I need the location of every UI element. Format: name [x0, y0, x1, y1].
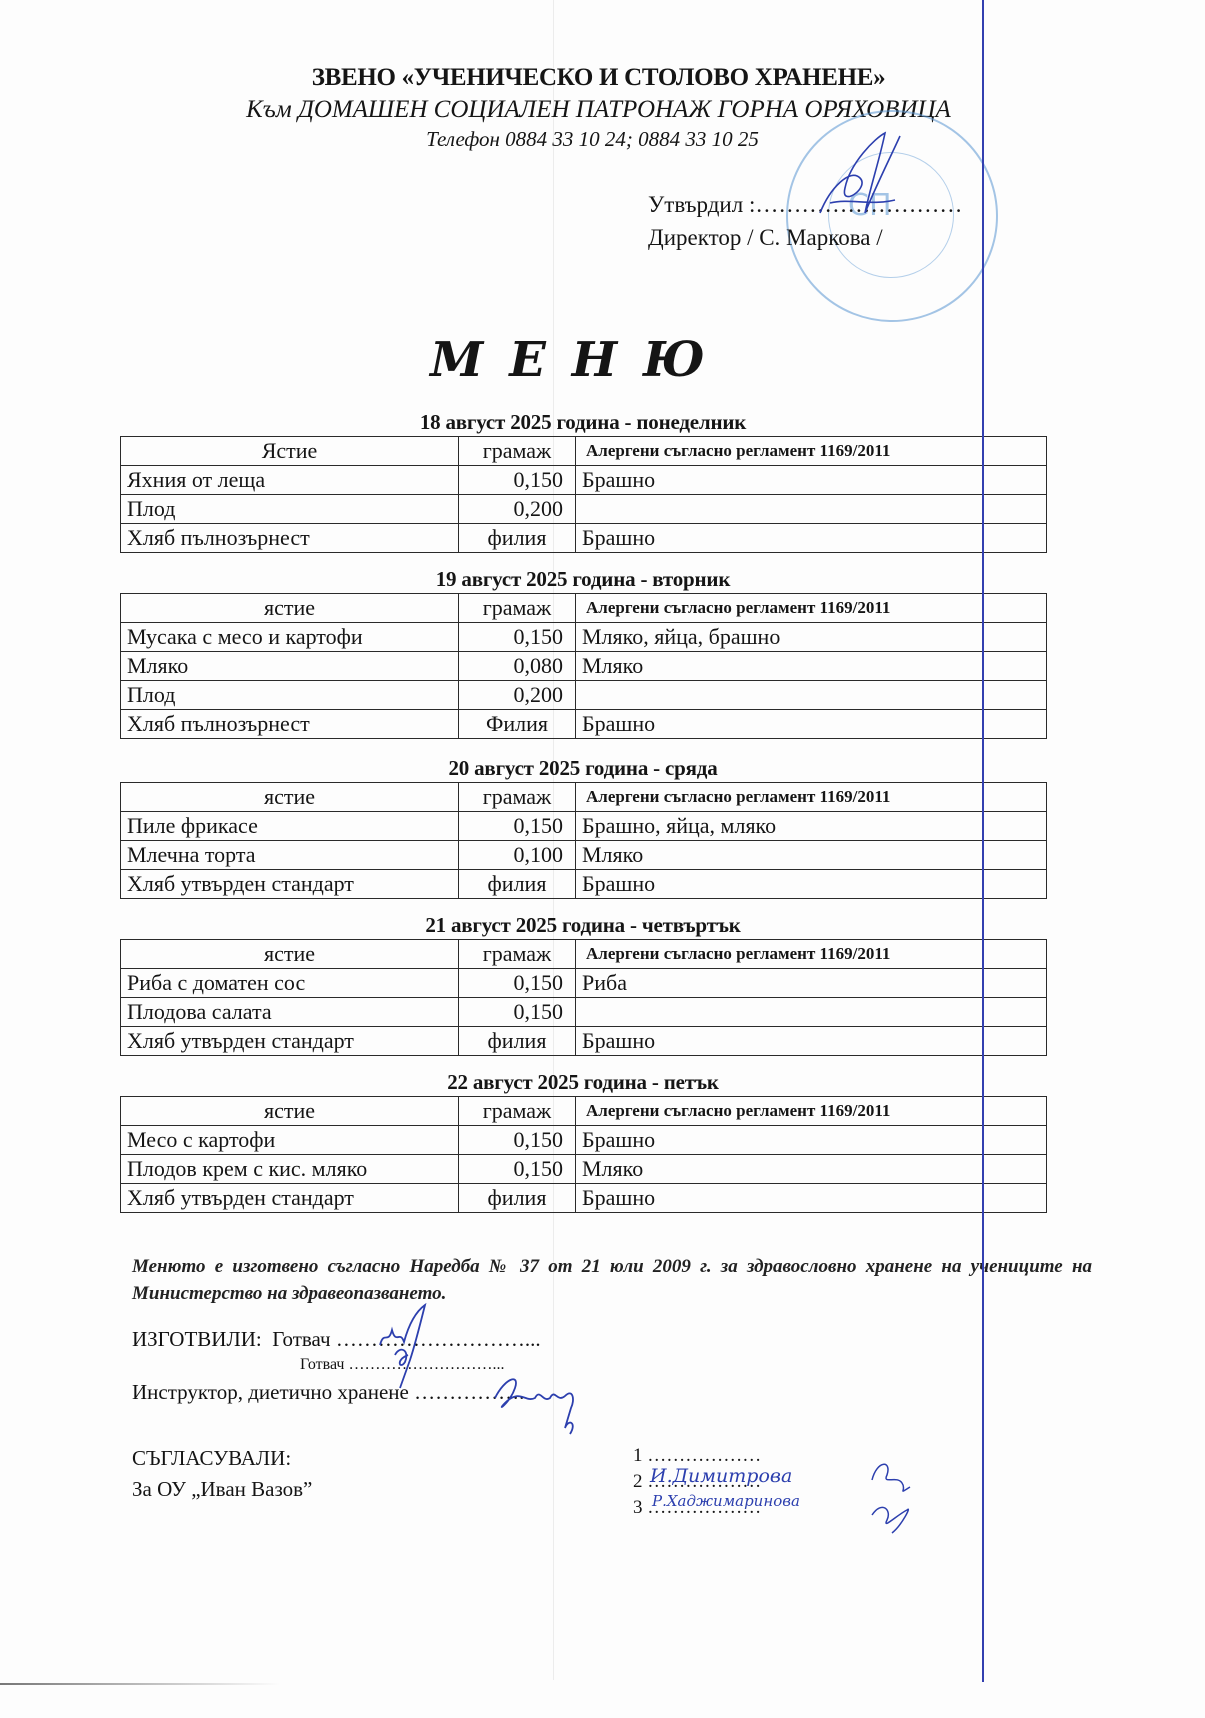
weight-cell: филия	[459, 870, 576, 899]
weight-cell: 0,080	[459, 652, 576, 681]
organization-phone: Телефон 0884 33 10 24; 0884 33 10 25	[0, 127, 1205, 152]
header-allergens: Алергени съгласно регламент 1169/2011	[576, 437, 1047, 466]
agreed-label: СЪГЛАСУВАЛИ:	[132, 1443, 312, 1474]
header-dish: ястие	[121, 1097, 459, 1126]
weight-cell: 0,150	[459, 1155, 576, 1184]
regulation-note: Менюто е изготвено съгласно Наредба № 37…	[132, 1253, 1092, 1307]
header-weight: грамаж	[459, 940, 576, 969]
dish-cell: Плод	[121, 681, 459, 710]
dish-cell: Хляб утвърден стандарт	[121, 1027, 459, 1056]
allergen-cell: Брашно	[576, 466, 1047, 495]
menu-table: ястие грамаж Алергени съгласно регламент…	[120, 782, 1047, 899]
signer-line-3: 3 ………………	[633, 1495, 761, 1521]
weight-cell: филия	[459, 1027, 576, 1056]
cook-2-line: Готвач ………………………...	[300, 1356, 504, 1374]
allergen-cell: Риба	[576, 969, 1047, 998]
day-title: 19 август 2025 година - вторник	[120, 566, 1046, 593]
menu-table: Ястие грамаж Алергени съгласно регламент…	[120, 436, 1047, 553]
weight-cell: 0,200	[459, 495, 576, 524]
menu-table: ястие грамаж Алергени съгласно регламент…	[120, 939, 1047, 1056]
table-row: Мусака с месо и картофи 0,150 Мляко, яйц…	[121, 623, 1047, 652]
director-name: Директор / С. Маркова /	[648, 221, 962, 254]
instructor-line: Инструктор, диетично хранене …………….	[132, 1380, 524, 1405]
allergen-cell	[576, 998, 1047, 1027]
weight-cell: филия	[459, 1184, 576, 1213]
table-header-row: Ястие грамаж Алергени съгласно регламент…	[121, 437, 1047, 466]
allergen-cell: Брашно	[576, 710, 1047, 739]
header-dish: ястие	[121, 940, 459, 969]
weight-cell: 0,200	[459, 681, 576, 710]
day-block-monday: 18 август 2025 година - понеделник Ястие…	[120, 409, 1046, 553]
dish-cell: Месо с картофи	[121, 1126, 459, 1155]
dish-cell: Хляб пълнозърнест	[121, 524, 459, 553]
table-row: Риба с доматен сос 0,150 Риба	[121, 969, 1047, 998]
table-row: Пиле фрикасе 0,150 Брашно, яйца, мляко	[121, 812, 1047, 841]
header-allergens: Алергени съгласно регламент 1169/2011	[576, 1097, 1047, 1126]
weight-cell: филия	[459, 524, 576, 553]
weight-cell: 0,100	[459, 841, 576, 870]
header-allergens: Алергени съгласно регламент 1169/2011	[576, 940, 1047, 969]
table-row: Мляко 0,080 Мляко	[121, 652, 1047, 681]
approved-by-line: Утвърдил :………………………	[648, 188, 962, 221]
organization-subtitle: Към ДОМАШЕН СОЦИАЛЕН ПАТРОНАЖ ГОРНА ОРЯХ…	[0, 96, 1205, 124]
scan-margin-line	[982, 0, 984, 1682]
allergen-cell	[576, 495, 1047, 524]
weight-cell: 0,150	[459, 466, 576, 495]
allergen-cell: Брашно	[576, 524, 1047, 553]
allergen-cell: Брашно	[576, 1184, 1047, 1213]
signer-line-1: 1 ………………	[633, 1443, 761, 1469]
header-weight: грамаж	[459, 1097, 576, 1126]
weight-cell: 0,150	[459, 623, 576, 652]
table-row: Плод 0,200	[121, 681, 1047, 710]
menu-table: ястие грамаж Алергени съгласно регламент…	[120, 1096, 1047, 1213]
cook-1-line: Готвач ………………………...	[272, 1327, 540, 1351]
signer-line-2: 2 ………………	[633, 1469, 761, 1495]
dish-cell: Яхния от леща	[121, 466, 459, 495]
prepared-by-line: ИЗГОТВИЛИ: Готвач ………………………...	[132, 1327, 541, 1352]
dish-cell: Плодова салата	[121, 998, 459, 1027]
weight-cell: 0,150	[459, 969, 576, 998]
weight-cell: Филия	[459, 710, 576, 739]
allergen-cell	[576, 681, 1047, 710]
weight-cell: 0,150	[459, 998, 576, 1027]
approval-block: Утвърдил :……………………… Директор / С. Марков…	[648, 188, 962, 254]
table-header-row: ястие грамаж Алергени съгласно регламент…	[121, 1097, 1047, 1126]
signer-2-signature-icon	[862, 1455, 922, 1535]
table-row: Хляб пълнозърнест филия Брашно	[121, 524, 1047, 553]
dish-cell: Млечна торта	[121, 841, 459, 870]
table-row: Хляб утвърден стандарт филия Брашно	[121, 1184, 1047, 1213]
allergen-cell: Брашно	[576, 1027, 1047, 1056]
menu-table: ястие грамаж Алергени съгласно регламент…	[120, 593, 1047, 739]
allergen-cell: Мляко	[576, 841, 1047, 870]
dish-cell: Хляб утвърден стандарт	[121, 1184, 459, 1213]
dish-cell: Хляб утвърден стандарт	[121, 870, 459, 899]
allergen-cell: Мляко	[576, 652, 1047, 681]
day-block-friday: 22 август 2025 година - петък ястие грам…	[120, 1069, 1046, 1213]
scan-edge-smudge	[0, 1683, 280, 1685]
weight-cell: 0,150	[459, 1126, 576, 1155]
day-title: 22 август 2025 година - петък	[120, 1069, 1046, 1096]
header-dish: ястие	[121, 783, 459, 812]
header-weight: грамаж	[459, 783, 576, 812]
dish-cell: Хляб пълнозърнест	[121, 710, 459, 739]
weight-cell: 0,150	[459, 812, 576, 841]
school-name: За ОУ „Иван Вазов”	[132, 1474, 312, 1505]
header-weight: грамаж	[459, 594, 576, 623]
dish-cell: Риба с доматен сос	[121, 969, 459, 998]
table-row: Хляб утвърден стандарт филия Брашно	[121, 1027, 1047, 1056]
dish-cell: Плод	[121, 495, 459, 524]
header-dish: Ястие	[121, 437, 459, 466]
day-block-wednesday: 20 август 2025 година - сряда ястие грам…	[120, 755, 1046, 899]
allergen-cell: Брашно, яйца, мляко	[576, 812, 1047, 841]
dish-cell: Мляко	[121, 652, 459, 681]
dish-cell: Плодов крем с кис. мляко	[121, 1155, 459, 1184]
table-header-row: ястие грамаж Алергени съгласно регламент…	[121, 594, 1047, 623]
table-row: Плод 0,200	[121, 495, 1047, 524]
header-dish: ястие	[121, 594, 459, 623]
header-weight: грамаж	[459, 437, 576, 466]
day-block-thursday: 21 август 2025 година - четвъртък ястие …	[120, 912, 1046, 1056]
allergen-cell: Мляко, яйца, брашно	[576, 623, 1047, 652]
agreed-block: СЪГЛАСУВАЛИ: За ОУ „Иван Вазов”	[132, 1443, 312, 1505]
dish-cell: Пиле фрикасе	[121, 812, 459, 841]
dish-cell: Мусака с месо и картофи	[121, 623, 459, 652]
day-title: 18 август 2025 година - понеделник	[120, 409, 1046, 436]
header-allergens: Алергени съгласно регламент 1169/2011	[576, 783, 1047, 812]
table-row: Месо с картофи 0,150 Брашно	[121, 1126, 1047, 1155]
table-row: Хляб пълнозърнест Филия Брашно	[121, 710, 1047, 739]
table-row: Плодов крем с кис. мляко 0,150 Мляко	[121, 1155, 1047, 1184]
table-header-row: ястие грамаж Алергени съгласно регламент…	[121, 783, 1047, 812]
allergen-cell: Брашно	[576, 1126, 1047, 1155]
table-header-row: ястие грамаж Алергени съгласно регламент…	[121, 940, 1047, 969]
table-row: Млечна торта 0,100 Мляко	[121, 841, 1047, 870]
table-row: Плодова салата 0,150	[121, 998, 1047, 1027]
day-title: 20 август 2025 година - сряда	[120, 755, 1046, 782]
menu-title: МЕНЮ	[0, 332, 1205, 388]
day-title: 21 август 2025 година - четвъртък	[120, 912, 1046, 939]
allergen-cell: Мляко	[576, 1155, 1047, 1184]
day-block-tuesday: 19 август 2025 година - вторник ястие гр…	[120, 566, 1046, 739]
header-allergens: Алергени съгласно регламент 1169/2011	[576, 594, 1047, 623]
prepared-by-label: ИЗГОТВИЛИ:	[132, 1327, 262, 1351]
organization-title: ЗВЕНО «УЧЕНИЧЕСКО И СТОЛОВО ХРАНЕНЕ»	[0, 64, 1205, 92]
allergen-cell: Брашно	[576, 870, 1047, 899]
signers-list: 1 ……………… 2 ……………… 3 ………………	[633, 1443, 761, 1521]
table-row: Яхния от леща 0,150 Брашно	[121, 466, 1047, 495]
table-row: Хляб утвърден стандарт филия Брашно	[121, 870, 1047, 899]
